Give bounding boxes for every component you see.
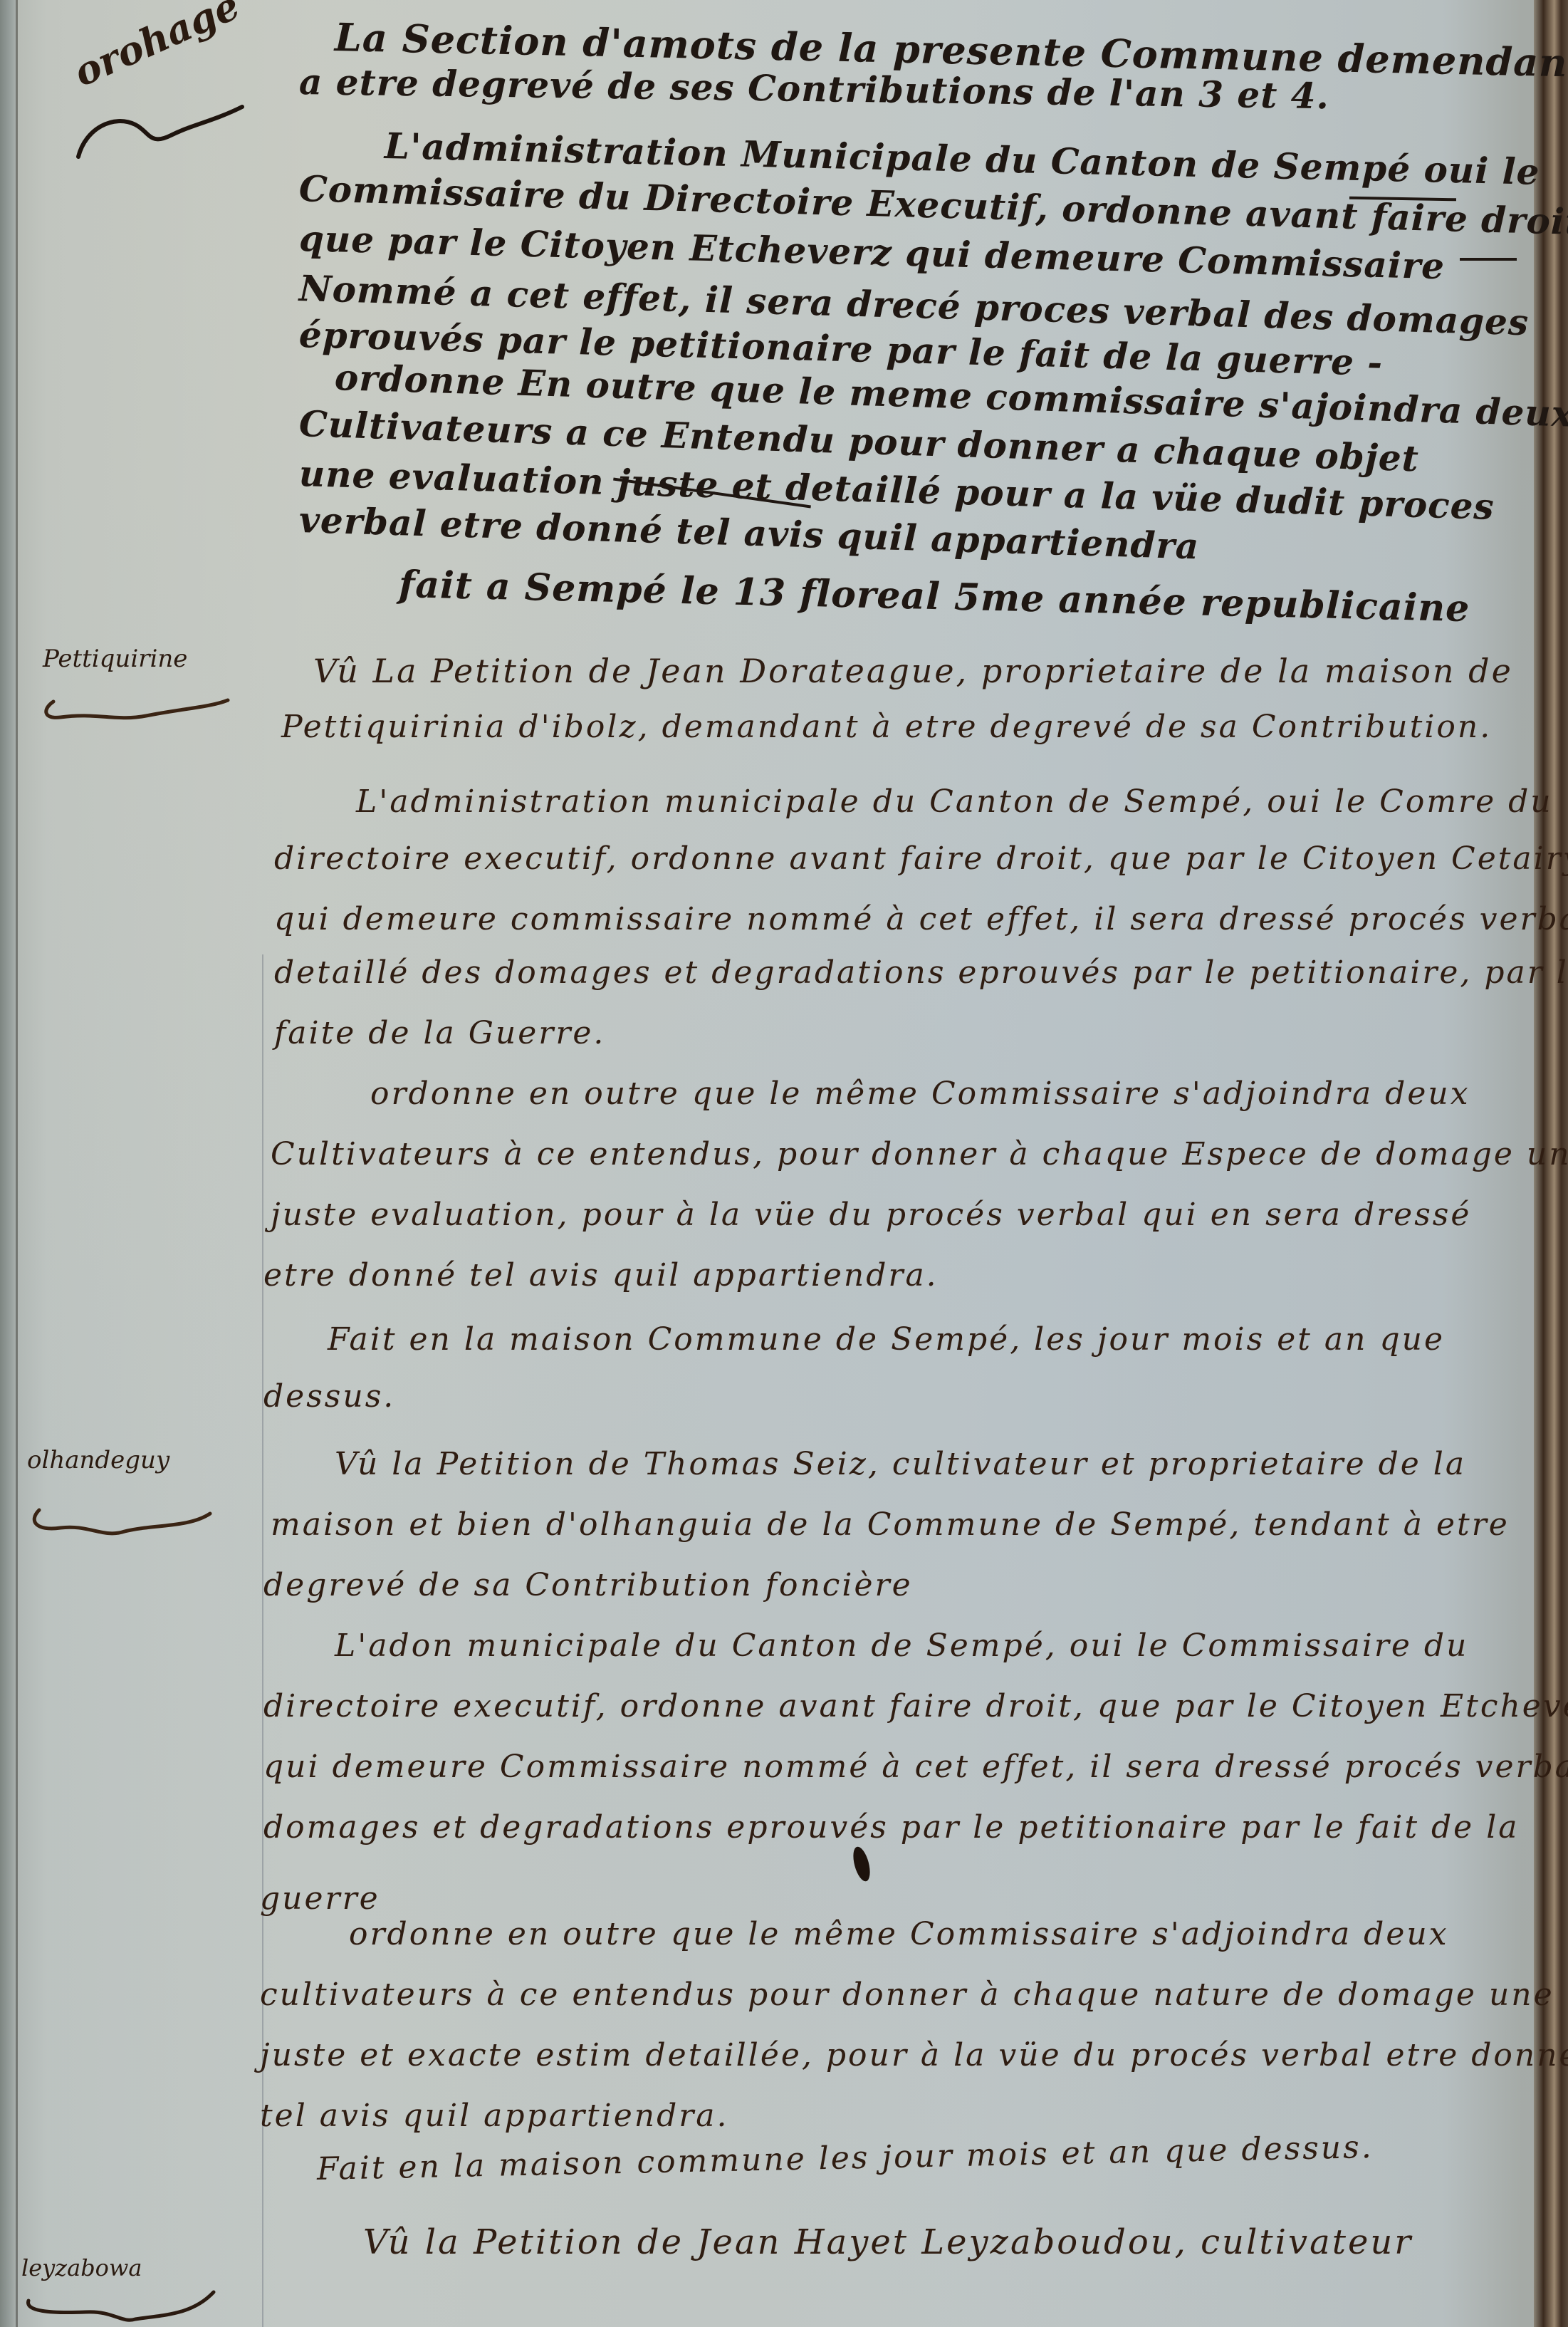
text-line: domages et degradations eprouvés par le … [263, 1809, 1520, 1846]
margin-note-label: olhandeguy [27, 1446, 169, 1474]
text-line: Pettiquirinia d'ibolz, demandant à etre … [281, 709, 1492, 745]
text-line: degrevé de sa Contribution foncière [263, 1567, 913, 1603]
text-line: cultivateurs à ce entendus pour donner à… [260, 1977, 1554, 2013]
text-line: juste evaluation, pour à la vüe du procé… [271, 1197, 1471, 1233]
margin-note-label: orohage [67, 0, 246, 95]
text-line: maison et bien d'olhanguia de la Commune… [271, 1506, 1510, 1543]
text-line: detaillé des domages et degradations epr… [274, 954, 1568, 991]
page-left-rule [16, 0, 18, 2327]
text-line: qui demeure Commissaire nommé à cet effe… [263, 1749, 1568, 1785]
text-line: ordonne en outre que le même Commissaire… [349, 1916, 1449, 1952]
text-line: guerre [260, 1880, 380, 1917]
margin-note-pettiquirine: Pettiquirine [43, 645, 187, 673]
margin-note-label: leyzabowa [21, 2254, 142, 2281]
text-line: ordonne en outre que le même Commissaire… [370, 1076, 1470, 1112]
text-line: Vû La Petition de Jean Dorateague, propr… [313, 652, 1513, 690]
manuscript-page: orohage Pettiquirine olhandeguy leyzabow… [0, 0, 1568, 2327]
text-line: etre donné tel avis quil appartiendra. [263, 1257, 939, 1293]
text-line: Vû la Petition de Thomas Seiz, cultivate… [335, 1446, 1466, 1482]
text-line: Fait en la maison commune les jour mois … [316, 2129, 1374, 2187]
text-line: directoire executif, ordonne avant faire… [263, 1688, 1568, 1724]
flourish-icon [39, 694, 239, 730]
text-line: Vû la Petition de Jean Hayet Leyzaboudou… [363, 2222, 1413, 2262]
flourish-icon [25, 1499, 217, 1542]
flourish-icon [21, 2286, 221, 2326]
margin-note-label: Pettiquirine [43, 645, 187, 673]
margin-note-leyzabowa: leyzabowa [21, 2254, 142, 2281]
text-line: juste et exacte estim detaillée, pour à … [260, 2037, 1568, 2073]
text-line: directoire executif, ordonne avant faire… [274, 840, 1568, 877]
ink-blot [850, 1845, 873, 1883]
text-line: tel avis quil appartiendra. [260, 2098, 729, 2134]
dash-mark [1460, 258, 1517, 261]
date-line: fait a Sempé le 13 floreal 5me année rep… [398, 563, 1470, 630]
flourish-icon [71, 85, 256, 164]
margin-note-orohage: orohage [67, 0, 246, 95]
page-left-edge [0, 0, 16, 2327]
text-line: dessus. [263, 1378, 395, 1415]
text-line: Fait en la maison Commune de Sempé, les … [328, 1321, 1445, 1358]
text-line: L'administration municipale du Canton de… [356, 784, 1553, 820]
text-line: faite de la Guerre. [274, 1015, 605, 1051]
text-line: qui demeure commissaire nommé à cet effe… [274, 901, 1568, 937]
text-line: Cultivateurs à ce entendus, pour donner … [271, 1136, 1568, 1172]
text-line: L'adon municipale du Canton de Sempé, ou… [335, 1628, 1468, 1664]
margin-note-olhandeguy: olhandeguy [27, 1446, 169, 1474]
